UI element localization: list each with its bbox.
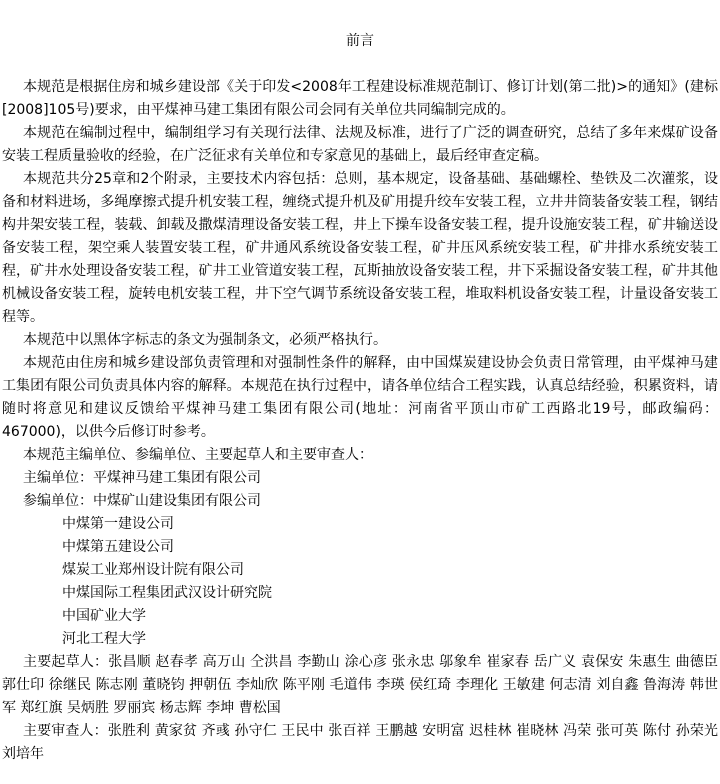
participating-unit-lead-line: 参编单位：中煤矿山建设集团有限公司 [2,490,718,513]
document-page: 前言 本规范是根据住房和城乡建设部《关于印发<2008年工程建设标准规范制订、修… [0,0,720,766]
chief-editor-unit-line: 主编单位：平煤神马建工集团有限公司 [2,467,718,490]
drafters-line: 主要起草人：张昌顺 赵春孝 高万山 仝洪昌 李勤山 涂心彦 张永忠 邬象牟 崔家… [2,651,718,720]
participating-unit-item: 河北工程大学 [2,628,718,651]
reviewers-line: 主要审查人：张胜利 黄家贫 齐彧 孙守仁 王民中 张百祥 王鹏越 安明富 迟桂林… [2,720,718,766]
paragraph-drafting-process: 本规范在编制过程中，编制组学习有关现行法律、法规及标准，进行了广泛的调查研究，总… [2,122,718,168]
document-title: 前言 [2,30,718,53]
paragraph-management-feedback: 本规范由住房和城乡建设部负责管理和对强制性条件的解释，由中国煤炭建设协会负责日常… [2,352,718,444]
participating-unit-item: 中煤第一建设公司 [2,513,718,536]
participating-unit-item: 煤炭工业郑州设计院有限公司 [2,559,718,582]
paragraph-units-intro: 本规范主编单位、参编单位、主要起草人和主要审查人： [2,444,718,467]
participating-unit-item: 中煤国际工程集团武汉设计研究院 [2,582,718,605]
participating-unit-item: 中国矿业大学 [2,605,718,628]
paragraph-contents-overview: 本规范共分25章和2个附录，主要技术内容包括：总则，基本规定，设备基础、基础螺栓… [2,168,718,329]
participating-unit-item: 中煤第五建设公司 [2,536,718,559]
paragraph-mandatory-clauses: 本规范中以黑体字标志的条文为强制条文，必须严格执行。 [2,329,718,352]
paragraph-basis: 本规范是根据住房和城乡建设部《关于印发<2008年工程建设标准规范制订、修订计划… [2,76,718,122]
